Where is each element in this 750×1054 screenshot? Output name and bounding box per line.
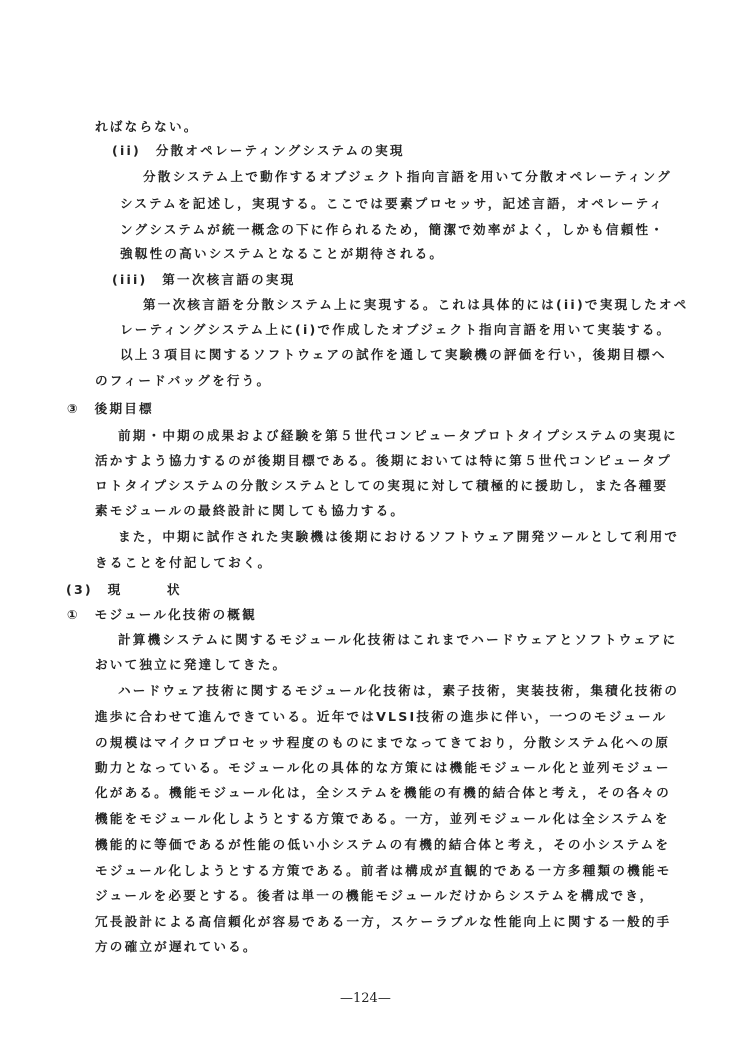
- text-line: ればならない。: [95, 119, 199, 135]
- text-line: 以上３項目に関するソフトウェアの試作を通して実験機の評価を行い，後期目標へ: [120, 347, 629, 363]
- text-line: モジュール化しようとする方策である。前者は構成が直観的である一方多種類の機能モ: [95, 863, 629, 879]
- text-line: 計算機システムに関するモジュール化技術はこれまでハードウェアとソフトウェアに: [118, 632, 629, 648]
- text-line: きることを付記しておく。: [95, 555, 272, 571]
- text-line: 素モジュールの最終設計に関しても協力する。: [95, 503, 405, 519]
- subsection-heading-iii: (iii) 第一次核言語の実現: [112, 272, 295, 288]
- text-line: ジュールを必要とする。後者は単一の機能モジュールだけからシステムを構成でき，: [95, 888, 629, 904]
- document-page: ればならない。 (ii) 分散オペレーティングシステムの実現 分散システム上で動…: [0, 0, 750, 1054]
- text-line: システムを記述し，実現する。ここでは要素プロセッサ，記述言語，オペレーティ: [120, 196, 629, 212]
- text-line: 機能的に等価であるが性能の低い小システムの有機的結合体と考え，その小システムを: [95, 837, 629, 853]
- text-line: 冗長設計による高信頼化が容易である一方，スケーラブルな性能向上に関する一般的手: [95, 914, 629, 930]
- text-line: の規模はマイクロプロセッサ程度のものにまでなってきており，分散システム化への原: [95, 735, 629, 751]
- text-line: 動力となっている。モジュール化の具体的な方策には機能モジュール化と並列モジュー: [95, 760, 629, 776]
- text-line: のフィードバッグを行う。: [95, 373, 271, 389]
- text-line: 機能をモジュール化しようとする方策である。一方，並列モジュール化は全システムを: [95, 811, 629, 827]
- text-line: ングシステムが統一概念の下に作られるため，簡潔で効率がよく，しかも信頼性・: [120, 222, 629, 238]
- text-line: 活かすよう協力するのが後期目標である。後期においては特に第５世代コンピュータプ: [95, 453, 629, 469]
- subsection-heading-1-module-overview: ① モジュール化技術の概観: [67, 607, 257, 623]
- page-number: —124—: [340, 991, 391, 1006]
- text-line: おいて独立に発達してきた。: [95, 657, 287, 673]
- section-heading-3-current-status: (3) 現 状: [66, 582, 182, 598]
- text-line: 化がある。機能モジュール化は，全システムを機能の有機的結合体と考え，その各々の: [95, 785, 629, 801]
- text-line: レーティングシステム上に(i)で作成したオブジェクト指向言語を用いて実装する。: [120, 322, 629, 338]
- text-line: 第一次核言語を分散システム上に実現する。これは具体的には(ii)で実現したオペ: [143, 297, 629, 313]
- text-line: ロトタイプシステムの分散システムとしての実現に対して積極的に援助し，また各種要: [95, 478, 629, 494]
- text-line: 分散システム上で動作するオブジェクト指向言語を用いて分散オペレーティング: [143, 169, 629, 185]
- text-line: 方の確立が遅れている。: [95, 939, 258, 955]
- subsection-heading-ii: (ii) 分散オペレーティングシステムの実現: [112, 143, 405, 159]
- text-line: 強靱性の高いシステムとなることが期待される。: [120, 246, 444, 262]
- text-line: また，中期に試作された実験機は後期におけるソフトウェア開発ツールとして利用で: [118, 529, 629, 545]
- text-line: ハードウェア技術に関するモジュール化技術は，素子技術，実装技術，集積化技術の: [118, 683, 629, 699]
- text-line: 進歩に合わせて進んできている。近年ではVLSI技術の進歩に伴い，一つのモジュール: [95, 709, 629, 725]
- text-line: 前期・中期の成果および経験を第５世代コンピュータプロトタイプシステムの実現に: [118, 428, 629, 444]
- section-heading-3-later-goal: ③ 後期目標: [67, 401, 154, 417]
